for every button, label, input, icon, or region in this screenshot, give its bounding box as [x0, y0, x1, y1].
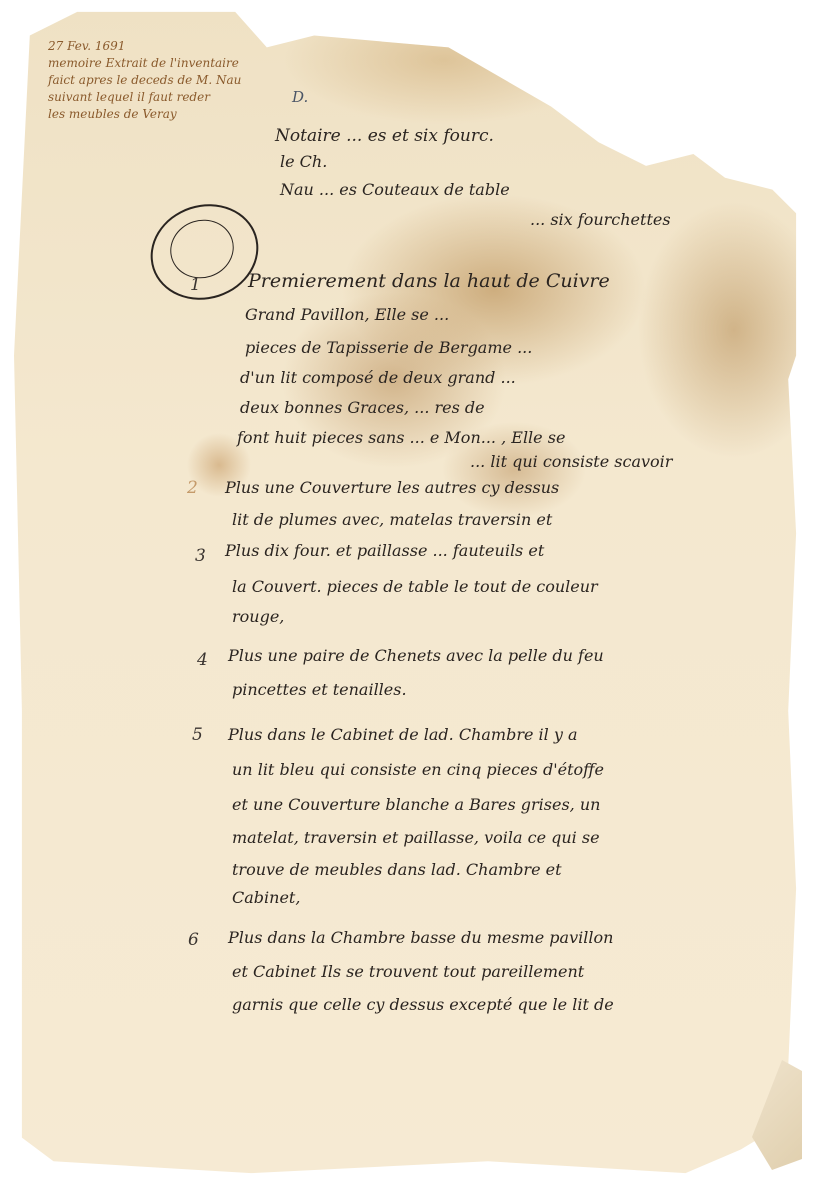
header-line: Notaire ... es et six fourc. [275, 126, 494, 146]
item-line: Plus dans la Chambre basse du mesme pavi… [228, 928, 613, 947]
item-number: 5 [192, 725, 203, 745]
item-line: Plus dans le Cabinet de lad. Chambre il … [228, 725, 578, 744]
item-line: Grand Pavillon, Elle se ... [245, 305, 449, 324]
item-number: 6 [188, 930, 199, 950]
item-line: deux bonnes Graces, ... res de [240, 398, 485, 417]
item-line: Plus une paire de Chenets avec la pelle … [228, 646, 604, 665]
item-line: trouve de meubles dans lad. Chambre et [232, 860, 562, 879]
item-line: ... lit qui consiste scavoir [470, 452, 672, 471]
item-number: 2 [187, 478, 198, 498]
item-line: garnis que celle cy dessus excepté que l… [232, 995, 614, 1014]
item-line: la Couvert. pieces de table le tout de c… [232, 577, 598, 596]
item-line: Premierement dans la haut de Cuivre [248, 270, 610, 292]
item-line: pincettes et tenailles. [232, 680, 407, 699]
item-line: et Cabinet Ils se trouvent tout pareille… [232, 962, 584, 981]
item-line: Plus une Couverture les autres cy dessus [225, 478, 559, 497]
archive-stamp: D. [292, 88, 308, 106]
marginal-note-line: faict apres le deceds de M. Nau [48, 72, 258, 89]
item-line: d'un lit composé de deux grand ... [240, 368, 516, 387]
item-line: pieces de Tapisserie de Bergame ... [245, 338, 532, 357]
item-line: Plus dix four. et paillasse ... fauteuil… [225, 541, 544, 560]
item-line: rouge, [232, 607, 284, 626]
item-number: 4 [197, 650, 208, 670]
header-line: le Ch. [280, 152, 327, 171]
item-line: Cabinet, [232, 888, 300, 907]
marginal-note-line: memoire Extrait de l'inventaire [48, 55, 258, 72]
item-number: 3 [195, 546, 206, 566]
item-line: lit de plumes avec, matelas traversin et [232, 510, 552, 529]
header-line: Nau ... es Couteaux de table [280, 180, 510, 199]
header-line: ... six fourchettes [530, 210, 671, 229]
item-line: et une Couverture blanche a Bares grises… [232, 795, 600, 814]
marginal-note: 27 Fev. 1691 memoire Extrait de l'invent… [48, 38, 258, 123]
item-line: font huit pieces sans ... e Mon... , Ell… [237, 428, 565, 447]
marginal-note-line: les meubles de Veray [48, 106, 258, 123]
item-line: matelat, traversin et paillasse, voila c… [232, 828, 600, 847]
item-number: 1 [190, 275, 201, 295]
marginal-note-line: suivant lequel il faut reder [48, 89, 258, 106]
item-line: un lit bleu qui consiste en cinq pieces … [232, 760, 604, 779]
marginal-note-line: 27 Fev. 1691 [48, 38, 258, 55]
